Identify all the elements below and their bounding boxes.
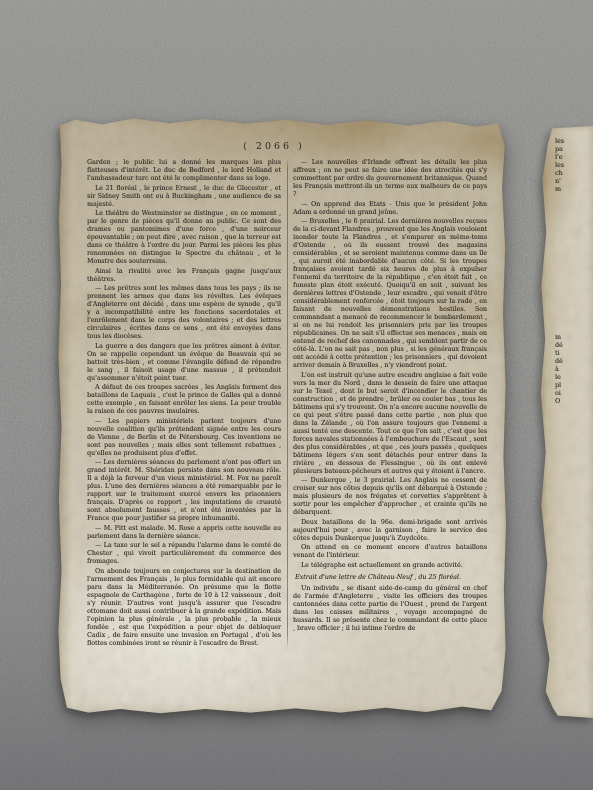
newspaper-page: ( 2066 ) Garden ; le public lui a donné … [57,116,507,715]
paragraph: Le 21 floréal , le prince Ernest , le du… [87,185,281,209]
text-columns: Garden ; le public lui a donné les marqu… [87,159,487,649]
adjacent-page-paper: les pa l'e les ch n' m m dé ti dé à le p… [538,126,593,718]
paper-texture [538,126,593,718]
adjacent-page-text-fragments: m dé ti dé à le pl oi O [555,334,563,406]
paragraph: — Les nouvelles d'Irlande offrent les dé… [293,159,487,199]
page-number: ( 2066 ) [74,141,474,152]
paragraph: — On apprend des Etats - Unis que le pré… [293,201,487,217]
paragraph: Deux bataillons de la 96e. demi-brigade … [293,519,487,543]
photo-surface: les pa l'e les ch n' m m dé ti dé à le p… [0,0,593,790]
text-column-right: — Les nouvelles d'Irlande offrent les dé… [293,159,487,649]
newspaper-paper: ( 2066 ) Garden ; le public lui a donné … [57,116,507,715]
paragraph: La guerre a des dangers que les prêtres … [87,343,281,383]
paragraph: — Les dernières séances du parlement n'o… [87,459,281,523]
paragraph: — La taxe sur le sel a répandu l'alarme … [87,542,281,566]
paragraph: On abonde toujours en conjectures sur la… [87,568,281,648]
paragraph: Ainsi la rivalité avec les Français gagn… [87,268,281,284]
page-content: ( 2066 ) Garden ; le public lui a donné … [57,116,507,649]
paragraph: — M. Pitt est malade. M. Rose a appris c… [87,525,281,541]
column-divider-rule [287,159,288,649]
paragraph: A défaut de ces troupes sacrées , les An… [87,384,281,416]
letter-extract-heading: Extrait d'une lettre de Château-Neuf , d… [293,574,487,582]
text-column-left: Garden ; le public lui a donné les marqu… [87,159,281,649]
paragraph: Garden ; le public lui a donné les marqu… [87,159,281,183]
paragraph: — Les prêtres sont les mêmes dans tous l… [87,285,281,341]
paragraph: Le télégraphe est actuellement en grande… [293,562,487,570]
paragraph: — Bruxelles , le 6 prairial. Les dernièr… [293,218,487,370]
adjacent-page-text-fragments: les pa l'e les ch n' m [555,138,564,194]
adjacent-page-edge: les pa l'e les ch n' m m dé ti dé à le p… [538,126,593,718]
paragraph: — Les papiers ministériels parlent toujo… [87,418,281,458]
paragraph: On attend en ce moment encore d'autres b… [293,544,487,560]
paragraph: — Dunkerque , le 3 prairial. Les Anglais… [293,477,487,517]
paragraph: Un individu , se disant aide-de-camp du … [293,585,487,633]
paragraph: L'on est instruit qu'une autre escadre a… [293,372,487,476]
paragraph: Le théâtre de Westminster se distingue ,… [87,210,281,266]
